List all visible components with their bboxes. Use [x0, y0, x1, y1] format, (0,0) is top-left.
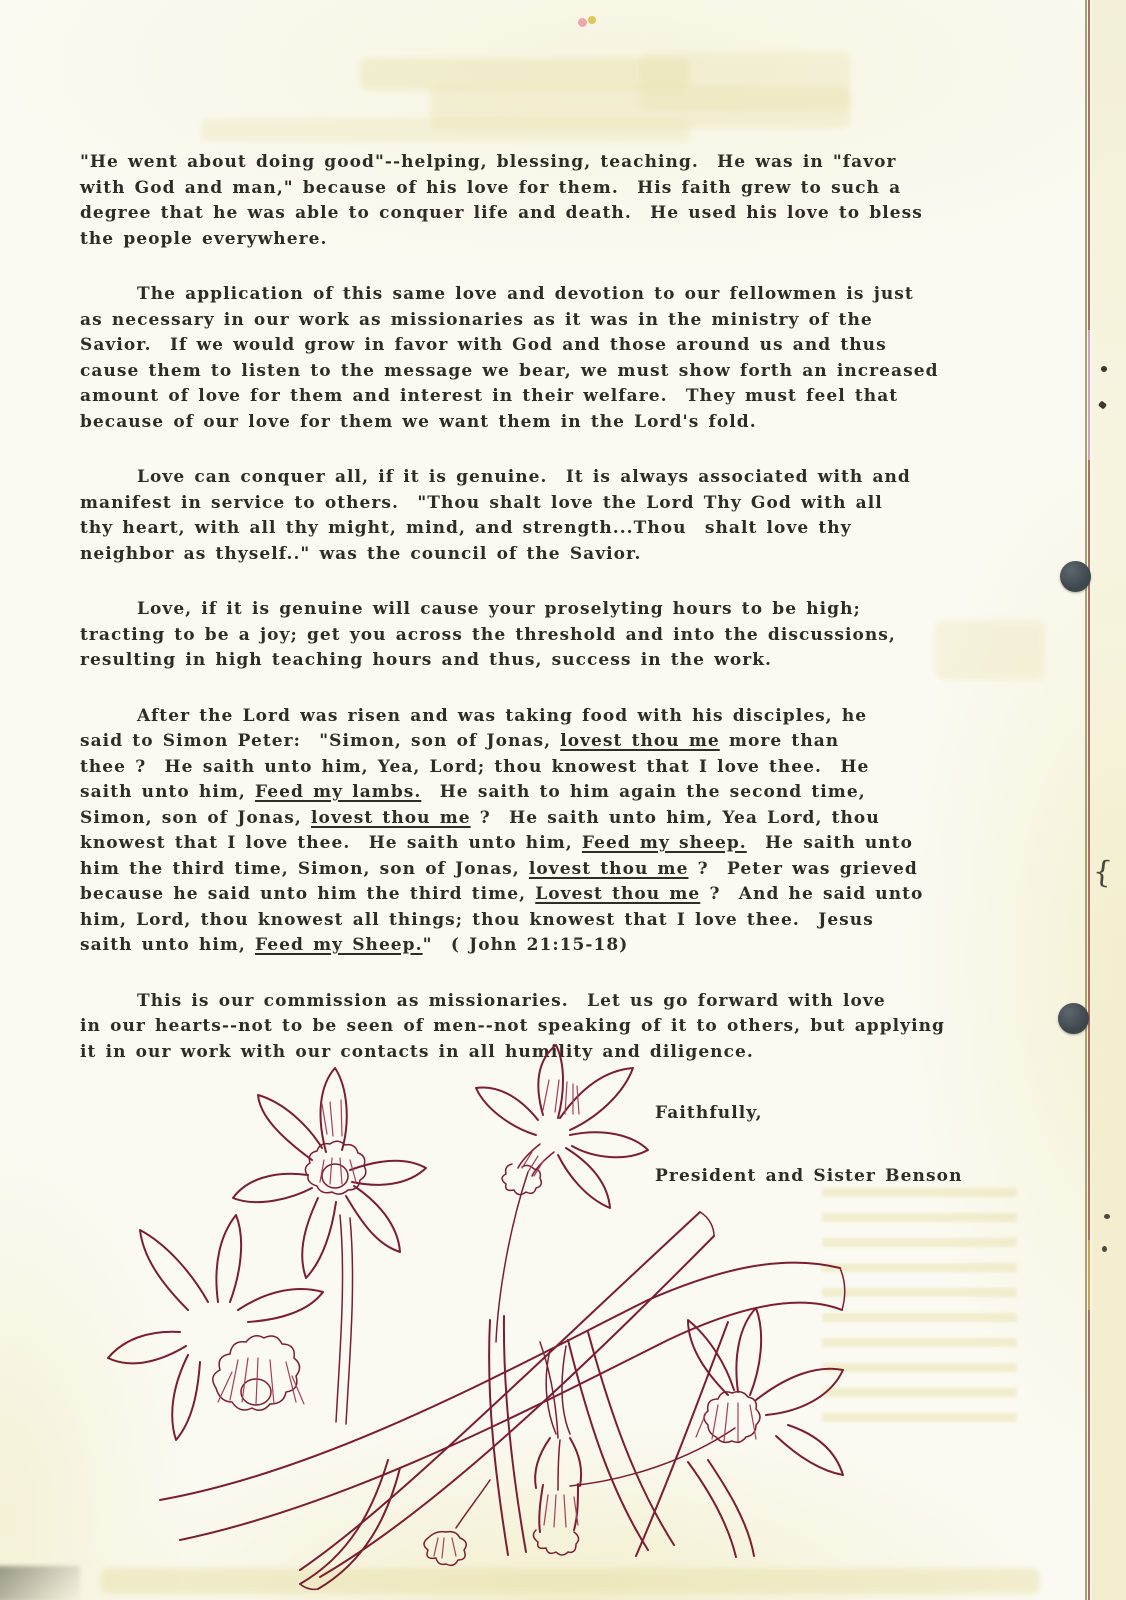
- text-line: because of our love for them we want the…: [80, 410, 1080, 436]
- paragraph: After the Lord was risen and was taking …: [80, 704, 1080, 959]
- letter-body: "He went about doing good"--helping, ble…: [80, 150, 1080, 1095]
- text-segment: ? Peter was grieved: [688, 859, 917, 879]
- underlined-phrase: lovest thou me: [311, 808, 471, 828]
- text-line: him the third time, Simon, son of Jonas,…: [80, 857, 1080, 883]
- text-segment: manifest in service to others. "Thou sha…: [80, 493, 883, 513]
- text-segment: Savior. If we would grow in favor with G…: [80, 335, 887, 355]
- text-line: thee ? He saith unto him, Yea, Lord; tho…: [80, 755, 1080, 781]
- text-line: The application of this same love and de…: [80, 282, 1080, 308]
- underlined-phrase: Lovest thou me: [535, 884, 700, 904]
- page-edge-khaki-line: [1085, 0, 1087, 1600]
- text-line: because he said unto him the third time,…: [80, 882, 1080, 908]
- text-segment: Love can conquer all, if it is genuine. …: [137, 467, 911, 487]
- text-segment: saith unto him,: [80, 935, 255, 955]
- text-segment: cause them to listen to the message we b…: [80, 361, 939, 381]
- text-segment: him, Lord, thou knowest all things; thou…: [80, 910, 874, 930]
- text-segment: because he said unto him the third time,: [80, 884, 535, 904]
- text-segment: resulting in high teaching hours and thu…: [80, 650, 772, 670]
- text-line: Love can conquer all, if it is genuine. …: [80, 465, 1080, 491]
- text-line: Simon, son of Jonas, lovest thou me ? He…: [80, 806, 1080, 832]
- page-edge-red-line: [1088, 0, 1090, 1600]
- text-segment: " ( John 21:15-18): [423, 935, 629, 955]
- text-line: neighbor as thyself.." was the council o…: [80, 542, 1080, 568]
- daffodil-illustration: [88, 1040, 848, 1595]
- text-line: "He went about doing good"--helping, ble…: [80, 150, 1080, 176]
- text-line: thy heart, with all thy might, mind, and…: [80, 516, 1080, 542]
- paragraph: The application of this same love and de…: [80, 282, 1080, 435]
- text-segment: said to Simon Peter: "Simon, son of Jona…: [80, 731, 560, 751]
- text-segment: because of our love for them we want the…: [80, 412, 757, 432]
- text-line: the people everywhere.: [80, 227, 1080, 253]
- text-line: amount of love for them and interest in …: [80, 384, 1080, 410]
- underlined-phrase: Feed my sheep.: [582, 833, 747, 853]
- text-segment: in our hearts--not to be seen of men--no…: [80, 1016, 945, 1036]
- bleedthrough-patch: [640, 52, 850, 110]
- text-segment: "He went about doing good"--helping, ble…: [80, 152, 897, 172]
- paragraph: "He went about doing good"--helping, ble…: [80, 150, 1080, 252]
- text-line: Love, if it is genuine will cause your p…: [80, 597, 1080, 623]
- underlined-phrase: Feed my Sheep.: [255, 935, 423, 955]
- text-segment: degree that he was able to conquer life …: [80, 203, 923, 223]
- pencil-brace-mark: {: [1091, 854, 1114, 891]
- text-segment: thee ? He saith unto him, Yea, Lord; tho…: [80, 757, 869, 777]
- text-line: degree that he was able to conquer life …: [80, 201, 1080, 227]
- underlined-phrase: lovest thou me: [560, 731, 720, 751]
- text-line: him, Lord, thou knowest all things; thou…: [80, 908, 1080, 934]
- text-line: said to Simon Peter: "Simon, son of Jona…: [80, 729, 1080, 755]
- letter-page: "He went about doing good"--helping, ble…: [0, 0, 1126, 1600]
- page-edge-line: [1085, 0, 1092, 1600]
- ink-speck: [588, 16, 596, 24]
- text-segment: the people everywhere.: [80, 229, 327, 249]
- text-line: Savior. If we would grow in favor with G…: [80, 333, 1080, 359]
- text-line: resulting in high teaching hours and thu…: [80, 648, 1080, 674]
- underlined-phrase: lovest thou me: [529, 859, 689, 879]
- text-segment: ? He saith unto him, Yea Lord, thou: [471, 808, 880, 828]
- text-segment: tracting to be a joy; get you across the…: [80, 625, 896, 645]
- text-line: After the Lord was risen and was taking …: [80, 704, 1080, 730]
- pencil-dot: [1101, 366, 1107, 372]
- bleedthrough-text: [822, 1172, 1017, 1427]
- text-segment: He saith unto: [747, 833, 913, 853]
- text-segment: Love, if it is genuine will cause your p…: [137, 599, 861, 619]
- bleedthrough-patch: [200, 118, 690, 142]
- text-line: tracting to be a joy; get you across the…: [80, 623, 1080, 649]
- text-line: with God and man," because of his love f…: [80, 176, 1080, 202]
- text-segment: Simon, son of Jonas,: [80, 808, 311, 828]
- text-segment: neighbor as thyself.." was the council o…: [80, 544, 641, 564]
- scan-shadow: [0, 1566, 80, 1600]
- text-segment: He saith to him again the second time,: [421, 782, 865, 802]
- paragraph: Love, if it is genuine will cause your p…: [80, 597, 1080, 674]
- underlying-sheet-strip: [1092, 0, 1126, 1600]
- text-segment: with God and man," because of his love f…: [80, 178, 901, 198]
- text-segment: amount of love for them and interest in …: [80, 386, 898, 406]
- text-line: knowest that I love thee. He saith unto …: [80, 831, 1080, 857]
- text-segment: saith unto him,: [80, 782, 255, 802]
- text-segment: After the Lord was risen and was taking …: [137, 706, 867, 726]
- text-line: cause them to listen to the message we b…: [80, 359, 1080, 385]
- hole-punch-bottom: [1058, 1003, 1089, 1034]
- text-segment: him the third time, Simon, son of Jonas,: [80, 859, 529, 879]
- text-segment: This is our commission as missionaries. …: [137, 991, 886, 1011]
- text-segment: knowest that I love thee. He saith unto …: [80, 833, 582, 853]
- text-segment: The application of this same love and de…: [137, 284, 914, 304]
- pencil-dot: [1104, 1214, 1110, 1219]
- text-line: in our hearts--not to be seen of men--no…: [80, 1014, 1080, 1040]
- text-line: saith unto him, Feed my lambs. He saith …: [80, 780, 1080, 806]
- text-segment: as necessary in our work as missionaries…: [80, 310, 873, 330]
- text-segment: thy heart, with all thy might, mind, and…: [80, 518, 852, 538]
- underlined-phrase: Feed my lambs.: [255, 782, 421, 802]
- text-line: saith unto him, Feed my Sheep." ( John 2…: [80, 933, 1080, 959]
- ink-speck: [578, 18, 587, 27]
- text-segment: more than: [720, 731, 839, 751]
- text-segment: ? And he said unto: [700, 884, 923, 904]
- text-line: This is our commission as missionaries. …: [80, 989, 1080, 1015]
- text-line: as necessary in our work as missionaries…: [80, 308, 1080, 334]
- text-line: manifest in service to others. "Thou sha…: [80, 491, 1080, 517]
- hole-punch-top: [1060, 561, 1091, 592]
- pencil-dot: [1102, 1246, 1107, 1252]
- paragraph: Love can conquer all, if it is genuine. …: [80, 465, 1080, 567]
